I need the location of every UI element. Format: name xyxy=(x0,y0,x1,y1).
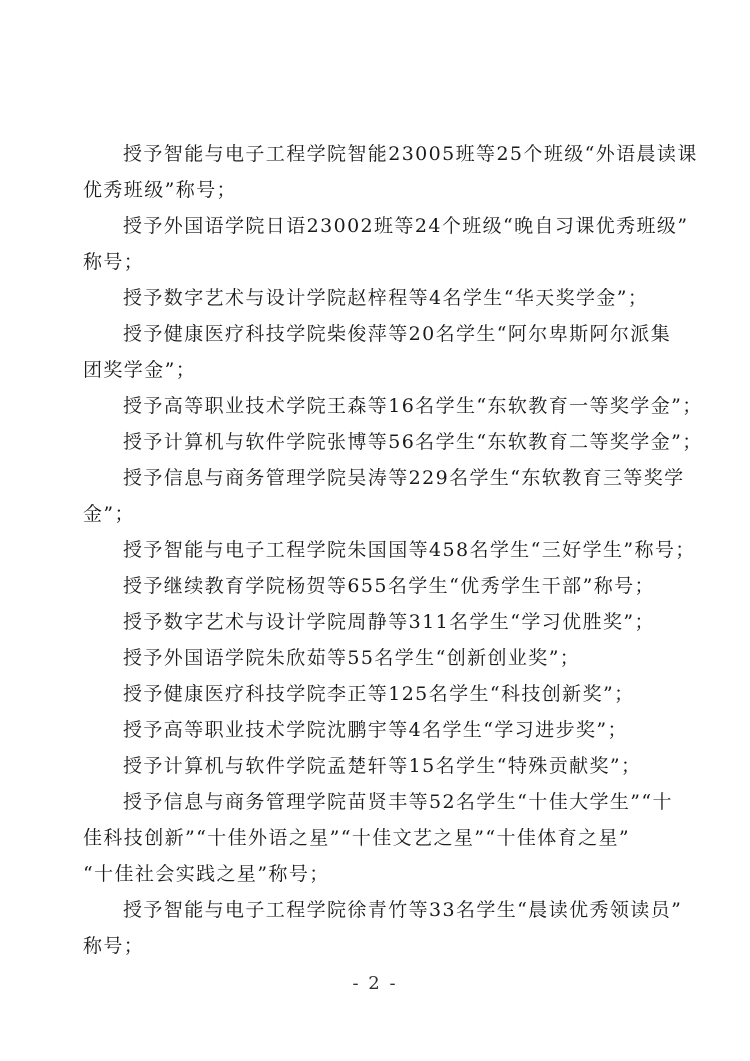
award-line-16-1: 授予智能与电子工程学院徐青竹等33名学生“晨读优秀领读员” xyxy=(83,892,673,928)
award-line-7-1: 授予信息与商务管理学院吴涛等229名学生“东软教育三等奖学 xyxy=(83,460,673,496)
award-line-2-2: 称号； xyxy=(83,244,673,280)
award-line-9: 授予继续教育学院杨贺等655名学生“优秀学生干部”称号； xyxy=(83,568,673,604)
award-line-2-1: 授予外国语学院日语23002班等24个班级“晚自习课优秀班级” xyxy=(83,208,673,244)
award-line-6: 授予计算机与软件学院张博等56名学生“东软教育二等奖学金”； xyxy=(83,424,673,460)
award-line-15-2: 佳科技创新”“十佳外语之星”“十佳文艺之星”“十佳体育之星” xyxy=(83,820,673,856)
award-line-1-2: 优秀班级”称号； xyxy=(83,172,673,208)
award-line-15-3: “十佳社会实践之星”称号； xyxy=(83,856,673,892)
award-line-1-1: 授予智能与电子工程学院智能23005班等25个班级“外语晨读课 xyxy=(83,136,673,172)
award-line-4-2: 团奖学金”； xyxy=(83,352,673,388)
award-line-16-2: 称号； xyxy=(83,928,673,964)
award-line-7-2: 金”； xyxy=(83,496,673,532)
award-line-10: 授予数字艺术与设计学院周静等311名学生“学习优胜奖”； xyxy=(83,604,673,640)
award-line-15-1: 授予信息与商务管理学院苗贤丰等52名学生“十佳大学生”“十 xyxy=(83,784,673,820)
award-line-4-1: 授予健康医疗科技学院柴俊萍等20名学生“阿尔卑斯阿尔派集 xyxy=(83,316,673,352)
page-number: - 2 - xyxy=(0,973,750,994)
award-list: 授予智能与电子工程学院智能23005班等25个班级“外语晨读课 优秀班级”称号；… xyxy=(83,136,673,964)
award-line-12: 授予健康医疗科技学院李正等125名学生“科技创新奖”； xyxy=(83,676,673,712)
award-line-13: 授予高等职业技术学院沈鹏宇等4名学生“学习进步奖”； xyxy=(83,712,673,748)
award-line-5: 授予高等职业技术学院王森等16名学生“东软教育一等奖学金”； xyxy=(83,388,673,424)
award-line-11: 授予外国语学院朱欣茹等55名学生“创新创业奖”； xyxy=(83,640,673,676)
document-page: 授予智能与电子工程学院智能23005班等25个班级“外语晨读课 优秀班级”称号；… xyxy=(0,0,750,1061)
award-line-8: 授予智能与电子工程学院朱国国等458名学生“三好学生”称号； xyxy=(83,532,673,568)
award-line-14: 授予计算机与软件学院孟楚轩等15名学生“特殊贡献奖”； xyxy=(83,748,673,784)
award-line-3: 授予数字艺术与设计学院赵梓程等4名学生“华天奖学金”； xyxy=(83,280,673,316)
